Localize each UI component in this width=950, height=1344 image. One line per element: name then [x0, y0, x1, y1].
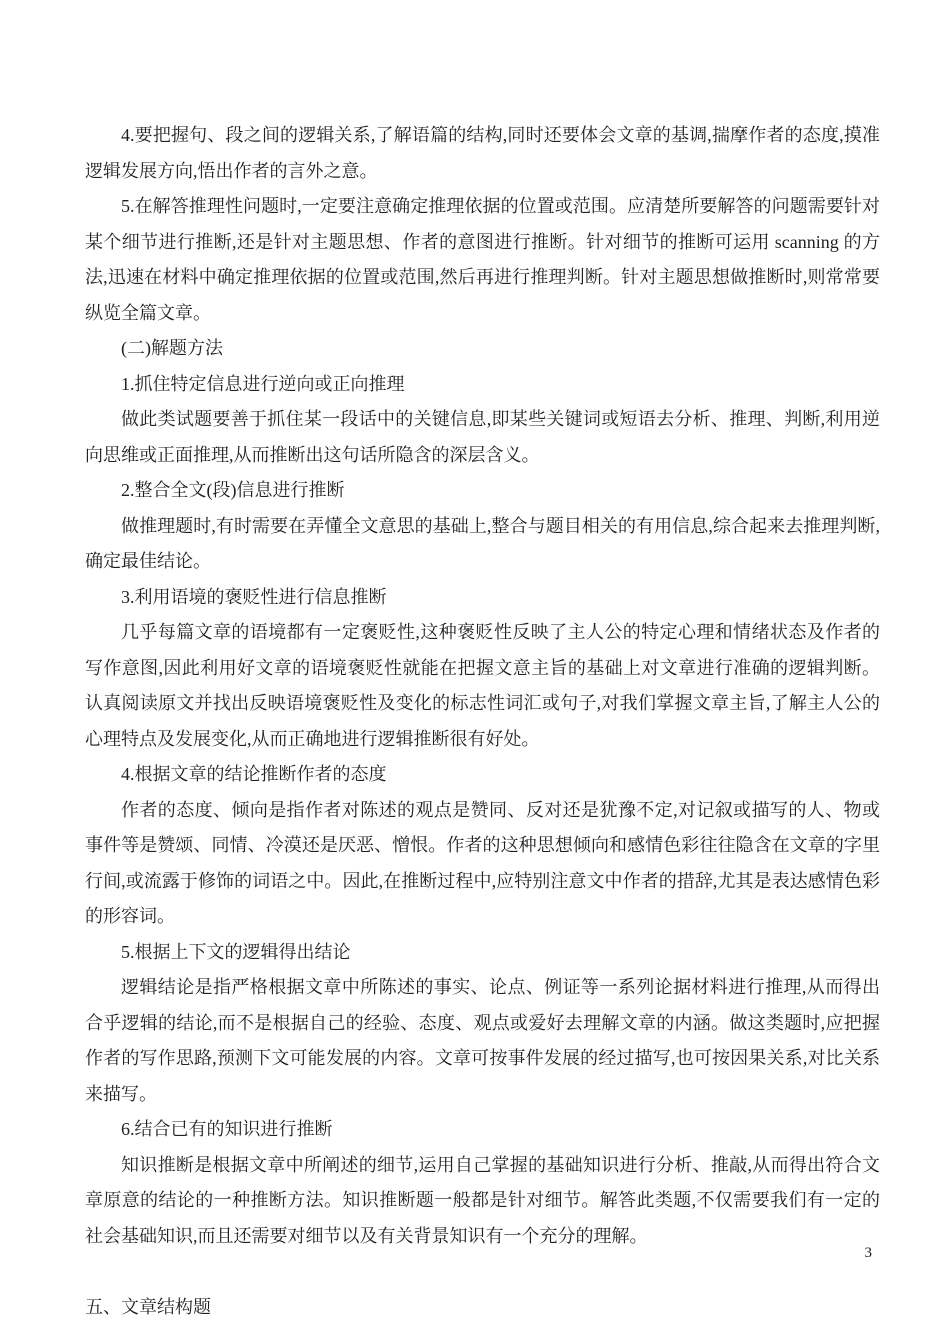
document-page: 4.要把握句、段之间的逻辑关系,了解语篇的结构,同时还要体会文章的基调,揣摩作者…: [0, 0, 950, 1344]
body-paragraph: 知识推断是根据文章中所阐述的细节,运用自己掌握的基础知识进行分析、推敲,从而得出…: [85, 1148, 880, 1255]
subsection-heading: (二)解题方法: [85, 331, 880, 367]
method-item-heading: 2.整合全文(段)信息进行推断: [85, 473, 880, 509]
body-paragraph: 作者的态度、倾向是指作者对陈述的观点是赞同、反对还是犹豫不定,对记叙或描写的人、…: [85, 793, 880, 935]
method-item-heading: 6.结合已有的知识进行推断: [85, 1112, 880, 1148]
body-paragraph: 5.在解答推理性问题时,一定要注意确定推理依据的位置或范围。应清楚所要解答的问题…: [85, 189, 880, 331]
body-paragraph: 逻辑结论是指严格根据文章中所陈述的事实、论点、例证等一系列论据材料进行推理,从而…: [85, 970, 880, 1112]
method-item-heading: 3.利用语境的褒贬性进行信息推断: [85, 580, 880, 616]
method-item-heading: 4.根据文章的结论推断作者的态度: [85, 757, 880, 793]
document-body: 4.要把握句、段之间的逻辑关系,了解语篇的结构,同时还要体会文章的基调,揣摩作者…: [85, 118, 880, 1325]
body-paragraph: 4.要把握句、段之间的逻辑关系,了解语篇的结构,同时还要体会文章的基调,揣摩作者…: [85, 118, 880, 189]
body-paragraph: 做此类试题要善于抓住某一段话中的关键信息,即某些关键词或短语去分析、推理、判断,…: [85, 402, 880, 473]
method-item-heading: 1.抓住特定信息进行逆向或正向推理: [85, 367, 880, 403]
section-heading: 五、文章结构题: [85, 1290, 880, 1326]
body-paragraph: 几乎每篇文章的语境都有一定褒贬性,这种褒贬性反映了主人公的特定心理和情绪状态及作…: [85, 615, 880, 757]
method-item-heading: 5.根据上下文的逻辑得出结论: [85, 935, 880, 971]
page-number: 3: [865, 1243, 873, 1263]
body-paragraph: 做推理题时,有时需要在弄懂全文意思的基础上,整合与题目相关的有用信息,综合起来去…: [85, 509, 880, 580]
